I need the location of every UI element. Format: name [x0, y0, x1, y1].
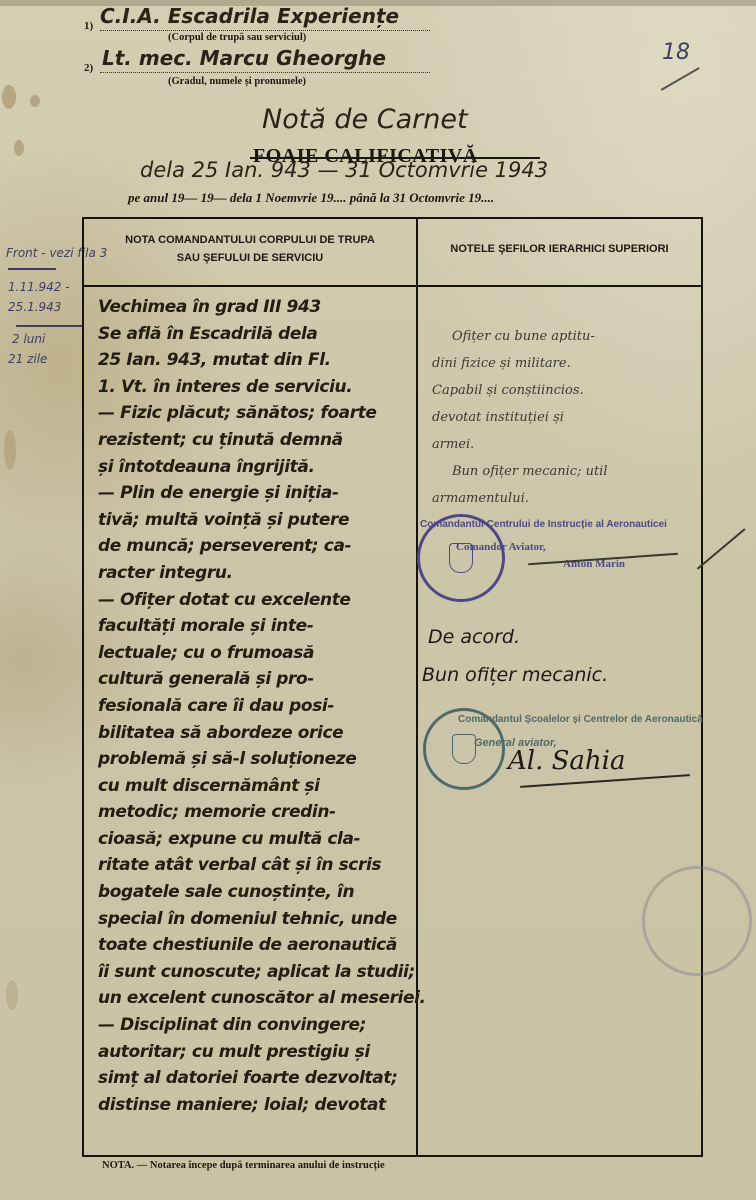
note-line: un excelent cunoscător al meseriei.	[98, 988, 416, 1015]
unit-caption: (Corpul de trupă sau serviciul)	[168, 32, 306, 43]
note-line: armei.	[432, 437, 702, 464]
stamp-2-title: Comandantul Școalelor și Centrelor de Ae…	[458, 714, 703, 725]
superior-note-1: Ofițer cu bune aptitu- dini fizice și mi…	[432, 329, 702, 518]
note-line: toate chestiunile de aeronautică	[98, 935, 416, 962]
name-caption: (Gradul, numele și pronumele)	[168, 76, 306, 87]
note-line: — Ofițer dotat cu excelente	[98, 590, 416, 617]
stamp-1-rank: Comandor Aviator,	[456, 541, 546, 553]
note-line: îi sunt cunoscute; aplicat la studii;	[98, 962, 416, 989]
signature-2: Al. Sahia	[508, 746, 626, 776]
col-header-commander-line1: NOTA COMANDANTULUI CORPULUI DE TRUPA	[84, 231, 416, 249]
note-line: facultăți morale și inte-	[98, 616, 416, 643]
period-printed: pe anul 19— 19— dela 1 Noemvrie 19.... p…	[128, 190, 494, 206]
unit-handwritten: C.I.A. Escadrila Experiențe	[100, 4, 399, 28]
note-line: simț al datoriei foarte dezvoltat;	[98, 1068, 416, 1095]
stain	[6, 980, 18, 1010]
note-line: metodic; memorie credin-	[98, 802, 416, 829]
note-line: — Fizic plăcut; sănătos; foarte	[98, 403, 416, 430]
approval-note-line-1: De acord.	[428, 626, 520, 648]
page-number: 18	[662, 40, 690, 65]
footnote: NOTA. — Notarea începe după terminarea a…	[102, 1160, 385, 1171]
note-line: special în domeniul tehnic, unde	[98, 909, 416, 936]
title-handwritten: Notă de Carnet	[262, 104, 468, 135]
note-line: cioasă; expune cu multă cla-	[98, 829, 416, 856]
bleed-through-stamp	[642, 866, 752, 976]
commander-notes: Vechimea în grad III 943 Se află în Esca…	[98, 297, 416, 1121]
name-field-line	[100, 72, 430, 73]
note-line: lectuale; cu o frumoasă	[98, 643, 416, 670]
note-line: 25 Ian. 943, mutat din Fl.	[98, 350, 416, 377]
note-line: dini fizice și militare.	[432, 356, 702, 383]
field-marker-2: 2)	[84, 62, 93, 74]
note-line: problemă și să-l soluționeze	[98, 749, 416, 776]
name-handwritten: Lt. mec. Marcu Gheorghe	[102, 46, 386, 70]
note-line: distinse maniere; loial; devotat	[98, 1095, 416, 1122]
stamp-1-title: Comandantul Centrului de Instrucție al A…	[420, 519, 667, 530]
margin-duration-1: 2 luni	[12, 332, 45, 346]
field-marker-1: 1)	[84, 20, 93, 32]
margin-date-2: 25.1.943	[8, 300, 61, 314]
note-line: bogatele sale cunoștințe, în	[98, 882, 416, 909]
note-line: — Disciplinat din convingere;	[98, 1015, 416, 1042]
note-line: ritate atât verbal cât și în scris	[98, 855, 416, 882]
margin-underline	[8, 268, 56, 270]
signature-1-tail	[697, 528, 745, 569]
note-line: rezistent; cu ținută demnă	[98, 430, 416, 457]
note-line: Bun ofițer mecanic; util	[432, 464, 702, 491]
note-line: devotat instituției și	[432, 410, 702, 437]
margin-date-1: 1.11.942 -	[8, 280, 70, 294]
note-line: cultură generală și pro-	[98, 669, 416, 696]
note-line: Capabil și conștiincios.	[432, 383, 702, 410]
document-page: 18 1) C.I.A. Escadrila Experiențe (Corpu…	[0, 0, 756, 1200]
stain	[14, 140, 24, 156]
note-line: armamentului.	[432, 491, 702, 518]
note-line: tivă; multă voință și putere	[98, 510, 416, 537]
page-number-mark	[661, 67, 700, 90]
note-line: Ofițer cu bune aptitu-	[432, 329, 702, 356]
note-line: autoritar; cu mult prestigiu și	[98, 1042, 416, 1069]
evaluation-table: NOTA COMANDANTULUI CORPULUI DE TRUPA SAU…	[82, 217, 703, 1157]
note-line: — Plin de energie și iniția-	[98, 483, 416, 510]
stain	[2, 85, 16, 109]
coat-of-arms-icon	[452, 734, 476, 764]
note-line: fesională care îi dau posi-	[98, 696, 416, 723]
period-handwritten: dela 25 Ian. 943 — 31 Octomvrie 1943	[140, 158, 548, 182]
note-line: de muncă; perseverent; ca-	[98, 536, 416, 563]
col-header-superiors: NOTELE ŞEFILOR IERARHICI SUPERIORI	[418, 240, 701, 258]
col-header-commander-line2: SAU ŞEFULUI DE SERVICIU	[84, 249, 416, 267]
unit-field-line	[100, 30, 430, 31]
stain	[30, 95, 40, 107]
note-line: racter integru.	[98, 563, 416, 590]
margin-duration-2: 21 zile	[8, 352, 47, 366]
note-line: bilitatea să abordeze orice	[98, 723, 416, 750]
column-divider	[416, 219, 418, 1155]
note-line: și întotdeauna îngrijită.	[98, 457, 416, 484]
header-divider	[84, 285, 701, 287]
note-line: Se află în Escadrilă dela	[98, 324, 416, 351]
approval-note-line-2: Bun ofițer mecanic.	[422, 664, 608, 686]
note-line: Vechimea în grad III 943	[98, 297, 416, 324]
note-line: 1. Vt. în interes de serviciu.	[98, 377, 416, 404]
col-header-commander: NOTA COMANDANTULUI CORPULUI DE TRUPA SAU…	[84, 231, 416, 267]
margin-underline	[16, 325, 82, 327]
stain	[4, 430, 16, 470]
note-line: cu mult discernământ și	[98, 776, 416, 803]
